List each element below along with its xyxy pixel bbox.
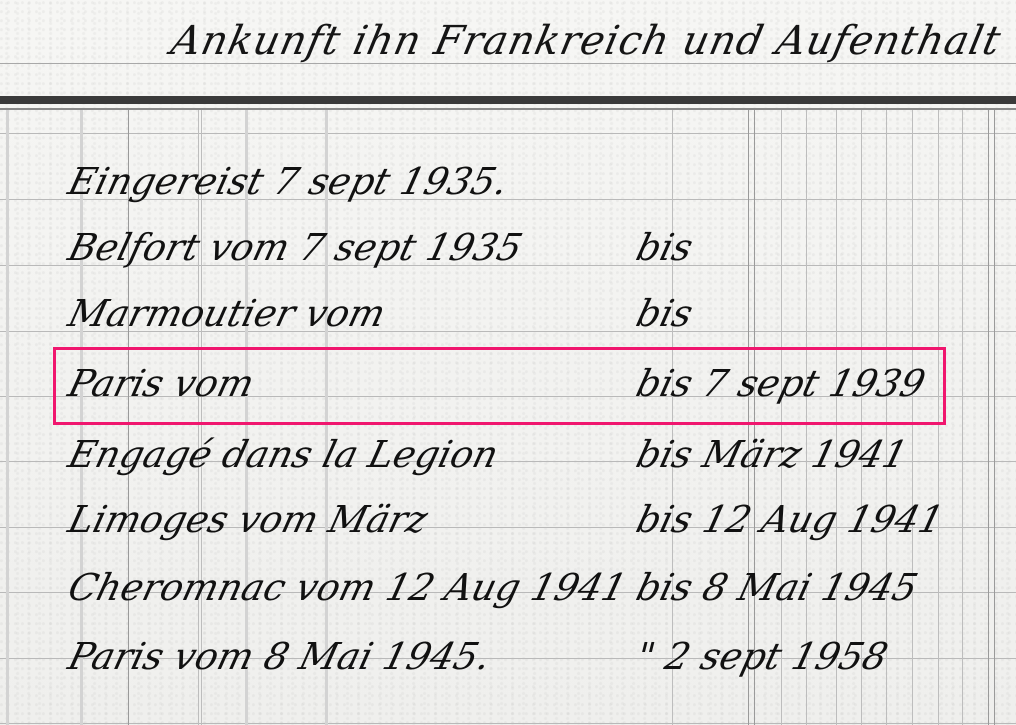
entry-until: bis (632, 292, 697, 335)
entry-place: Cheromnac vom 12 Aug 1941 (64, 566, 631, 609)
entry-until: bis (632, 226, 697, 269)
ledger-entry: Belfort vom 7 sept 1935 bis (0, 211, 1016, 277)
entry-until: bis März 1941 (632, 433, 912, 476)
ledger-entry: Limoges vom März bis 12 Aug 1941 (0, 483, 1016, 549)
entry-place: Belfort vom 7 sept 1935 (64, 226, 527, 269)
entry-until: bis 8 Mai 1945 (632, 566, 922, 609)
ledger-entry: Eingereist 7 sept 1935. (0, 145, 1016, 211)
row-rule (0, 723, 1016, 724)
entry-place: Paris vom 8 Mai 1945. (64, 635, 495, 678)
ledger-entry: Paris vom 8 Mai 1945. " 2 sept 1958 (0, 620, 1016, 686)
ledger-page: Ankunft ihn Frankreich und Aufenthalt Ei… (0, 0, 1016, 725)
highlight-box (53, 347, 946, 425)
entry-place: Eingereist 7 sept 1935. (64, 160, 512, 203)
ledger-entry: Cheromnac vom 12 Aug 1941 bis 8 Mai 1945 (0, 551, 1016, 617)
entry-place: Engagé dans la Legion (64, 433, 503, 476)
entry-place: Marmoutier vom (64, 292, 390, 335)
ledger-entry: Marmoutier vom bis (0, 277, 1016, 343)
entry-place: Limoges vom März (64, 498, 432, 541)
header-thick-rule (0, 96, 1016, 104)
entry-until: " 2 sept 1958 (632, 635, 892, 678)
entry-until: bis 12 Aug 1941 (632, 498, 948, 541)
header-under-rule (0, 108, 1016, 110)
row-rule (0, 133, 1016, 134)
ledger-entry: Engagé dans la Legion bis März 1941 (0, 418, 1016, 484)
page-title: Ankunft ihn Frankreich und Aufenthalt (167, 18, 1005, 64)
